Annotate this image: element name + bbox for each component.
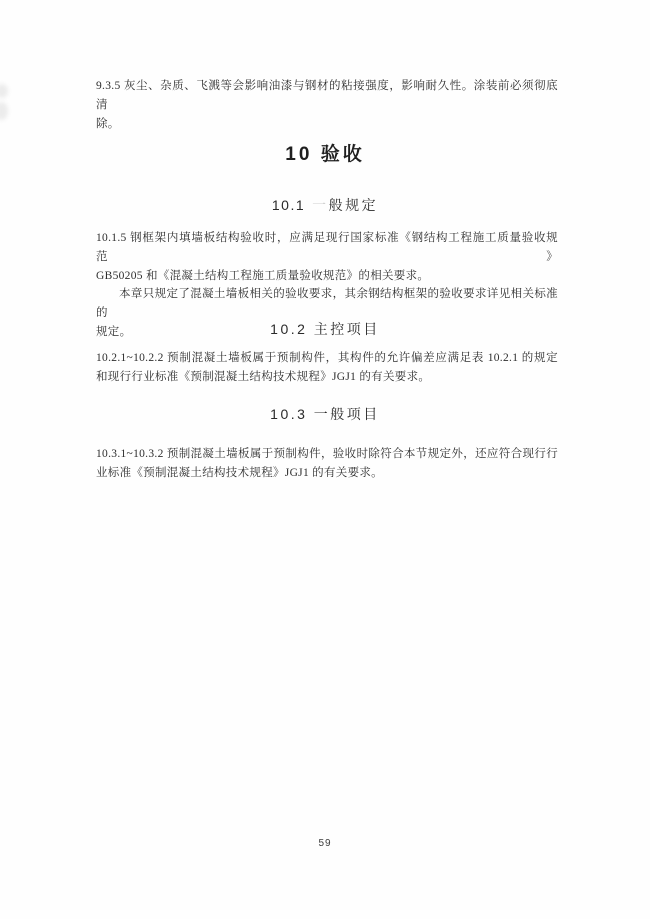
text-line: 和现行行业标准《预制混凝土结构技术规程》JGJ1 的有关要求。: [96, 368, 558, 387]
paragraph-10-3-1: 10.3.1~10.3.2 预制混凝土墙板属于预制构件，验收时除符合本节规定外，…: [96, 445, 558, 483]
page-number: 59: [0, 838, 650, 849]
chapter-title: 10 验收: [0, 141, 650, 168]
section-heading-10-3: 10.3 一般项目: [0, 405, 650, 424]
text-line: 10.1.5 钢框架内填墙板结构验收时，应满足现行国家标准《钢结构工程施工质量验…: [96, 229, 558, 267]
text-line: GB50205 和《混凝土结构工程施工质量验收规范》的相关要求。: [96, 267, 558, 286]
text-line: 本章只规定了混凝土墙板相关的验收要求，其余钢结构框架的验收要求详见相关标准的: [96, 285, 558, 323]
section-heading-10-2: 10.2 主控项目: [0, 320, 650, 339]
paragraph-10-2-1: 10.2.1~10.2.2 预制混凝土墙板属于预制构件，其构件的允许偏差应满足表…: [96, 349, 558, 387]
section-label: 般规定: [329, 197, 379, 213]
scan-smudge: [0, 84, 8, 98]
text-line: 业标准《预制混凝土结构技术规程》JGJ1 的有关要求。: [96, 464, 558, 483]
section-heading-10-1: 10.1一般规定: [0, 196, 650, 215]
document-page: 9.3.5 灰尘、杂质、飞溅等会影响油漆与钢材的粘接强度，影响耐久性。涂装前必须…: [0, 0, 650, 919]
section-number: 10.1: [272, 197, 305, 213]
text-line: 10.3.1~10.3.2 预制混凝土墙板属于预制构件，验收时除符合本节规定外，…: [96, 445, 558, 464]
paragraph-9-3-5: 9.3.5 灰尘、杂质、飞溅等会影响油漆与钢材的粘接强度，影响耐久性。涂装前必须…: [96, 77, 558, 133]
faded-character: 一: [312, 197, 329, 213]
text-line: 除。: [96, 115, 558, 134]
text-line: 10.2.1~10.2.2 预制混凝土墙板属于预制构件，其构件的允许偏差应满足表…: [96, 349, 558, 368]
scan-smudge: [0, 102, 8, 120]
text-line: 9.3.5 灰尘、杂质、飞溅等会影响油漆与钢材的粘接强度，影响耐久性。涂装前必须…: [96, 77, 558, 115]
